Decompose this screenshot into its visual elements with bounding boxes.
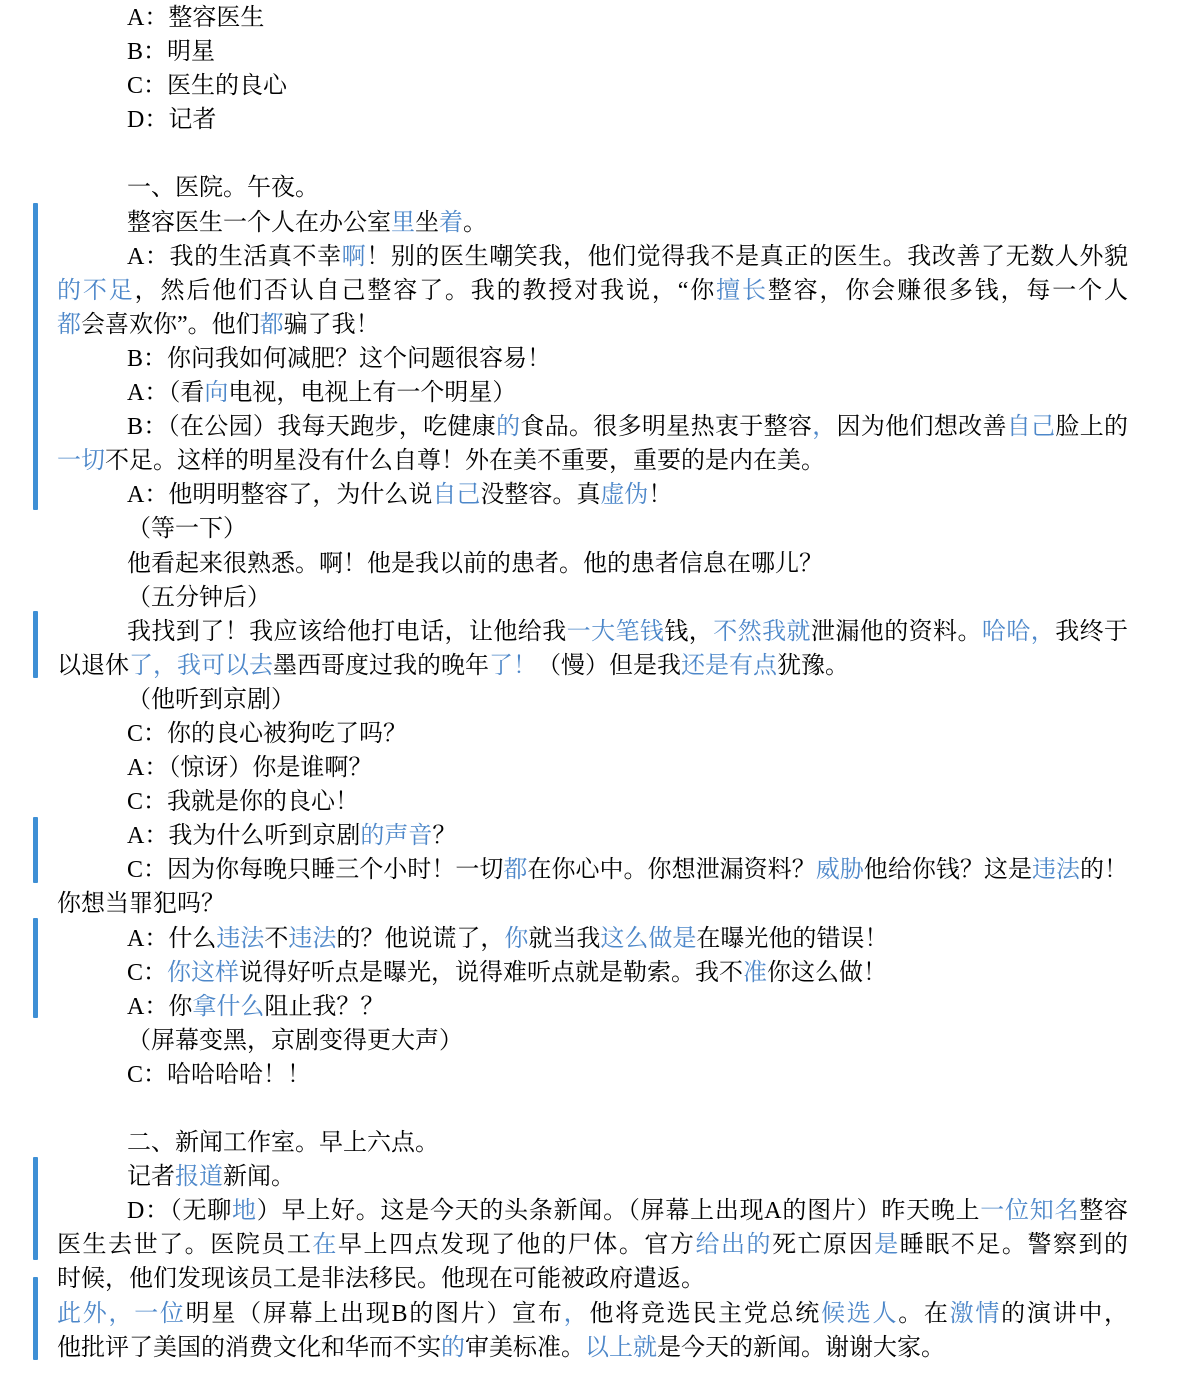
text-segment: 在曝光他的错误！ xyxy=(696,926,888,952)
text-line: 一、医院。午夜。 xyxy=(57,171,1128,205)
text-line: A：他明明整容了，为什么说自己没整容。真虚伪！ xyxy=(57,478,1128,512)
suggested-text: 你这样 xyxy=(167,960,239,986)
text-segment: C：我就是你的良心！ xyxy=(127,789,359,815)
text-line: （等一下） xyxy=(57,512,1128,546)
suggested-text: 报道 xyxy=(175,1164,223,1190)
text-line: C：我就是你的良心！ xyxy=(57,785,1128,819)
text-line: A：我为什么听到京剧的声音？ xyxy=(57,819,1128,853)
text-segment: ）早上好。这是今天的头条新闻。（屏幕上出现A的图片）昨天晚上 xyxy=(257,1198,981,1224)
suggested-text: 一位知名 xyxy=(980,1198,1079,1224)
text-segment: （他听到京剧） xyxy=(127,687,295,713)
suggested-text: 自己 xyxy=(432,482,480,508)
text-segment: A：我的生活真不幸 xyxy=(127,244,342,270)
text-segment: 泄漏他的资料。 xyxy=(811,619,982,645)
suggested-text: ， xyxy=(564,1301,590,1327)
text-segment: 时候，他们发现该员工是非法移民。他现在可能被政府遣返。 xyxy=(57,1266,705,1292)
suggested-text: 候选人 xyxy=(821,1301,898,1327)
change-bar xyxy=(33,918,38,1018)
text-segment: A：（看 xyxy=(127,380,204,406)
text-segment: 的？他说谎了， xyxy=(336,926,504,952)
suggested-text: 准 xyxy=(743,960,767,986)
text-line: 时候，他们发现该员工是非法移民。他现在可能被政府遣返。 xyxy=(57,1262,1128,1296)
suggested-text: 虚伪 xyxy=(600,482,648,508)
text-line: 你想当罪犯吗？ xyxy=(57,887,1128,921)
text-segment: 不足。这样的明星没有什么自尊！外在美不重要，重要的是内在美。 xyxy=(105,448,825,474)
text-segment: 以退休 xyxy=(57,653,129,679)
text-segment: 他给你钱？这是 xyxy=(864,857,1032,883)
suggested-text: 的 xyxy=(496,414,520,440)
text-segment: ！ xyxy=(648,482,672,508)
text-line: （屏幕变黑，京剧变得更大声） xyxy=(57,1024,1128,1058)
change-bar xyxy=(33,817,38,883)
text-segment: 在你心中。你想泄漏资料？ xyxy=(527,857,815,883)
suggested-text: 激情 xyxy=(950,1301,1001,1327)
text-segment: 我找到了！我应该给他打电话，让他给我 xyxy=(127,619,567,645)
suggested-text: ， xyxy=(812,414,836,440)
text-segment: 一、医院。午夜。 xyxy=(127,175,319,201)
text-segment: 整容医生一个人在办公室 xyxy=(127,210,391,236)
suggested-text: 一大笔钱 xyxy=(567,619,665,645)
text-line: 的不足，然后他们否认自己整容了。我的教授对我说，“你擅长整容，你会赚很多钱，每一… xyxy=(57,274,1128,308)
text-segment: 是今天的新闻。谢谢大家。 xyxy=(657,1335,945,1361)
blank-line xyxy=(57,1092,1128,1126)
text-line: B：（在公园）我每天跑步，吃健康的食品。很多明星热衷于整容，因为他们想改善自己脸… xyxy=(57,410,1128,444)
text-line: 他看起来很熟悉。啊！他是我以前的患者。他的患者信息在哪儿？ xyxy=(57,547,1128,581)
text-line: 他批评了美国的消费文化和华而不实的审美标准。以上就是今天的新闻。谢谢大家。 xyxy=(57,1331,1128,1365)
text-segment: 早上四点发现了他的尸体。官方 xyxy=(338,1232,696,1258)
change-bar xyxy=(33,203,38,510)
suggested-text: 是 xyxy=(874,1232,900,1258)
text-line: C：哈哈哈哈！！ xyxy=(57,1058,1128,1092)
text-line: A：什么违法不违法的？他说谎了，你就当我这么做是在曝光他的错误！ xyxy=(57,922,1128,956)
text-segment: 新闻。 xyxy=(223,1164,295,1190)
text-segment: （慢）但是我 xyxy=(537,653,681,679)
text-segment: 医生去世了。医院员工 xyxy=(57,1232,312,1258)
change-bar xyxy=(33,1277,38,1360)
suggested-text: 一位 xyxy=(134,1301,185,1327)
text-segment: 记者 xyxy=(127,1164,175,1190)
text-segment: 你想当罪犯吗？ xyxy=(57,891,225,917)
text-line: 二、新闻工作室。早上六点。 xyxy=(57,1126,1128,1160)
suggested-text: 这么做是 xyxy=(600,926,696,952)
change-bar xyxy=(33,1157,38,1260)
text-segment: 你这么做！ xyxy=(767,960,887,986)
text-line: 我找到了！我应该给他打电话，让他给我一大笔钱钱，不然我就泄漏他的资料。哈哈，我终… xyxy=(57,615,1128,649)
suggested-text: 都 xyxy=(260,312,284,338)
suggested-text: 哈哈， xyxy=(982,619,1055,645)
text-segment: D：记者 xyxy=(127,107,216,133)
text-line: 此外，一位明星（屏幕上出现B的图片）宣布，他将竞选民主党总统候选人。在激情的演讲… xyxy=(57,1297,1128,1331)
text-line: （五分钟后） xyxy=(57,581,1128,615)
text-segment: C：医生的良心 xyxy=(127,73,287,99)
text-segment: C：因为你每晚只睡三个小时！一切 xyxy=(127,857,503,883)
text-segment: 他将竞选民主党总统 xyxy=(589,1301,821,1327)
text-segment: A：我为什么听到京剧 xyxy=(127,823,360,849)
text-segment: B：明星 xyxy=(127,39,215,65)
text-line: B：明星 xyxy=(57,35,1128,69)
suggested-text: 擅长 xyxy=(716,278,768,304)
suggested-text: 此外， xyxy=(57,1301,134,1327)
text-segment: 犹豫。 xyxy=(777,653,849,679)
text-line: D：记者 xyxy=(57,103,1128,137)
text-segment: 他看起来很熟悉。啊！他是我以前的患者。他的患者信息在哪儿？ xyxy=(127,551,823,577)
suggested-text: 不然我就 xyxy=(713,619,811,645)
text-line: A：（惊讶）你是谁啊？ xyxy=(57,751,1128,785)
text-line: A：我的生活真不幸啊！别的医生嘲笑我，他们觉得我不是真正的医生。我改善了无数人外… xyxy=(57,240,1128,274)
text-segment: 。 xyxy=(463,210,487,236)
text-segment: 阻止我？？ xyxy=(264,994,384,1020)
suggested-text: 违法 xyxy=(288,926,336,952)
suggested-text: 向 xyxy=(204,380,228,406)
text-line: A：（看向电视，电视上有一个明星） xyxy=(57,376,1128,410)
text-segment: 食品。很多明星热衷于整容 xyxy=(520,414,812,440)
suggested-text: 的不足 xyxy=(57,278,135,304)
text-segment: 。在 xyxy=(898,1301,949,1327)
text-segment: A：他明明整容了，为什么说 xyxy=(127,482,432,508)
text-segment: B：你问我如何减肥？这个问题很容易！ xyxy=(127,346,551,372)
text-segment: 没整容。真 xyxy=(480,482,600,508)
text-segment: （五分钟后） xyxy=(127,585,271,611)
text-segment: C： xyxy=(127,960,167,986)
text-segment: 就当我 xyxy=(528,926,600,952)
text-line: （他听到京剧） xyxy=(57,683,1128,717)
text-line: D：（无聊地）早上好。这是今天的头条新闻。（屏幕上出现A的图片）昨天晚上一位知名… xyxy=(57,1194,1128,1228)
suggested-text: 自己 xyxy=(1007,414,1056,440)
suggested-text: 着 xyxy=(439,210,463,236)
suggested-text: 里 xyxy=(391,210,415,236)
text-line: C：医生的良心 xyxy=(57,69,1128,103)
text-segment: （等一下） xyxy=(127,516,247,542)
suggested-text: 了！ xyxy=(489,653,537,679)
suggested-text: 违法 xyxy=(216,926,264,952)
text-segment: A：（惊讶）你是谁啊？ xyxy=(127,755,372,781)
text-line: 以退休了，我可以去墨西哥度过我的晚年了！（慢）但是我还是有点犹豫。 xyxy=(57,649,1128,683)
text-segment: 电视，电视上有一个明星） xyxy=(228,380,516,406)
text-line: C：你的良心被狗吃了吗？ xyxy=(57,717,1128,751)
text-segment: B：（在公园）我每天跑步，吃健康 xyxy=(127,414,496,440)
text-segment: C：你的良心被狗吃了吗？ xyxy=(127,721,407,747)
text-segment: 整容 xyxy=(1079,1198,1128,1224)
text-segment: ！别的医生嘲笑我，他们觉得我不是真正的医生。我改善了无数人外貌 xyxy=(366,244,1128,270)
text-segment: A：什么 xyxy=(127,926,216,952)
suggested-text: 你 xyxy=(504,926,528,952)
suggested-text: 的 xyxy=(441,1335,465,1361)
suggested-text: 以上就 xyxy=(585,1335,657,1361)
text-segment: 因为他们想改善 xyxy=(837,414,1007,440)
text-segment: C：哈哈哈哈！！ xyxy=(127,1062,311,1088)
text-segment: 整容，你会赚很多钱，每一个人 xyxy=(768,278,1128,304)
text-segment: 的！ xyxy=(1080,857,1128,883)
text-segment: 坐 xyxy=(415,210,439,236)
suggested-text: 的声音 xyxy=(360,823,432,849)
text-segment: 审美标准。 xyxy=(465,1335,585,1361)
text-line: 一切不足。这样的明星没有什么自尊！外在美不重要，重要的是内在美。 xyxy=(57,444,1128,478)
text-segment: 明星（屏幕上出现B的图片）宣布 xyxy=(186,1301,564,1327)
text-segment: 说得好听点是曝光，说得难听点就是勒索。我不 xyxy=(239,960,743,986)
text-segment: 二、新闻工作室。早上六点。 xyxy=(127,1130,439,1156)
text-segment: 睡眠不足。警察到的 xyxy=(900,1232,1128,1258)
text-line: 医生去世了。医院员工在早上四点发现了他的尸体。官方给出的死亡原因是睡眠不足。警察… xyxy=(57,1228,1128,1262)
document-page: A：整容医生B：明星C：医生的良心D：记者一、医院。午夜。整容医生一个人在办公室… xyxy=(0,0,1193,1373)
text-line: C：你这样说得好听点是曝光，说得难听点就是勒索。我不准你这么做！ xyxy=(57,956,1128,990)
text-segment: A：你 xyxy=(127,994,192,1020)
suggested-text: 都 xyxy=(57,312,81,338)
text-segment: （屏幕变黑，京剧变得更大声） xyxy=(127,1028,463,1054)
text-segment: 死亡原因 xyxy=(772,1232,874,1258)
blank-line xyxy=(57,137,1128,171)
suggested-text: 给出的 xyxy=(695,1232,772,1258)
suggested-text: 违法 xyxy=(1032,857,1080,883)
text-segment: 钱， xyxy=(664,619,713,645)
text-segment: A：整容医生 xyxy=(127,5,264,31)
suggested-text: 了，我可以去 xyxy=(129,653,273,679)
text-segment: 不 xyxy=(264,926,288,952)
text-line: 都会喜欢你”。他们都骗了我！ xyxy=(57,308,1128,342)
text-line: A：你拿什么阻止我？？ xyxy=(57,990,1128,1024)
text-segment: 墨西哥度过我的晚年 xyxy=(273,653,489,679)
suggested-text: 啊 xyxy=(342,244,367,270)
text-line: A：整容医生 xyxy=(57,1,1128,35)
text-segment: ？ xyxy=(432,823,456,849)
text-segment: ，然后他们否认自己整容了。我的教授对我说，“你 xyxy=(135,278,716,304)
suggested-text: 在 xyxy=(312,1232,338,1258)
suggested-text: 还是有点 xyxy=(681,653,777,679)
text-segment: 的演讲中， xyxy=(1001,1301,1128,1327)
suggested-text: 威胁 xyxy=(816,857,864,883)
text-line: 记者报道新闻。 xyxy=(57,1160,1128,1194)
text-line: B：你问我如何减肥？这个问题很容易！ xyxy=(57,342,1128,376)
suggested-text: 地 xyxy=(232,1198,257,1224)
change-bar xyxy=(33,611,38,678)
text-segment: 骗了我！ xyxy=(284,312,380,338)
text-segment: D：（无聊 xyxy=(127,1198,232,1224)
text-segment: 会喜欢你”。他们 xyxy=(81,312,260,338)
text-segment: 脸上的 xyxy=(1055,414,1128,440)
suggested-text: 一切 xyxy=(57,448,105,474)
text-segment: 他批评了美国的消费文化和华而不实 xyxy=(57,1335,441,1361)
suggested-text: 都 xyxy=(503,857,527,883)
suggested-text: 拿什么 xyxy=(192,994,264,1020)
document-text: A：整容医生B：明星C：医生的良心D：记者一、医院。午夜。整容医生一个人在办公室… xyxy=(57,1,1128,1365)
text-line: C：因为你每晚只睡三个小时！一切都在你心中。你想泄漏资料？威胁他给你钱？这是违法… xyxy=(57,853,1128,887)
text-line: 整容医生一个人在办公室里坐着。 xyxy=(57,206,1128,240)
